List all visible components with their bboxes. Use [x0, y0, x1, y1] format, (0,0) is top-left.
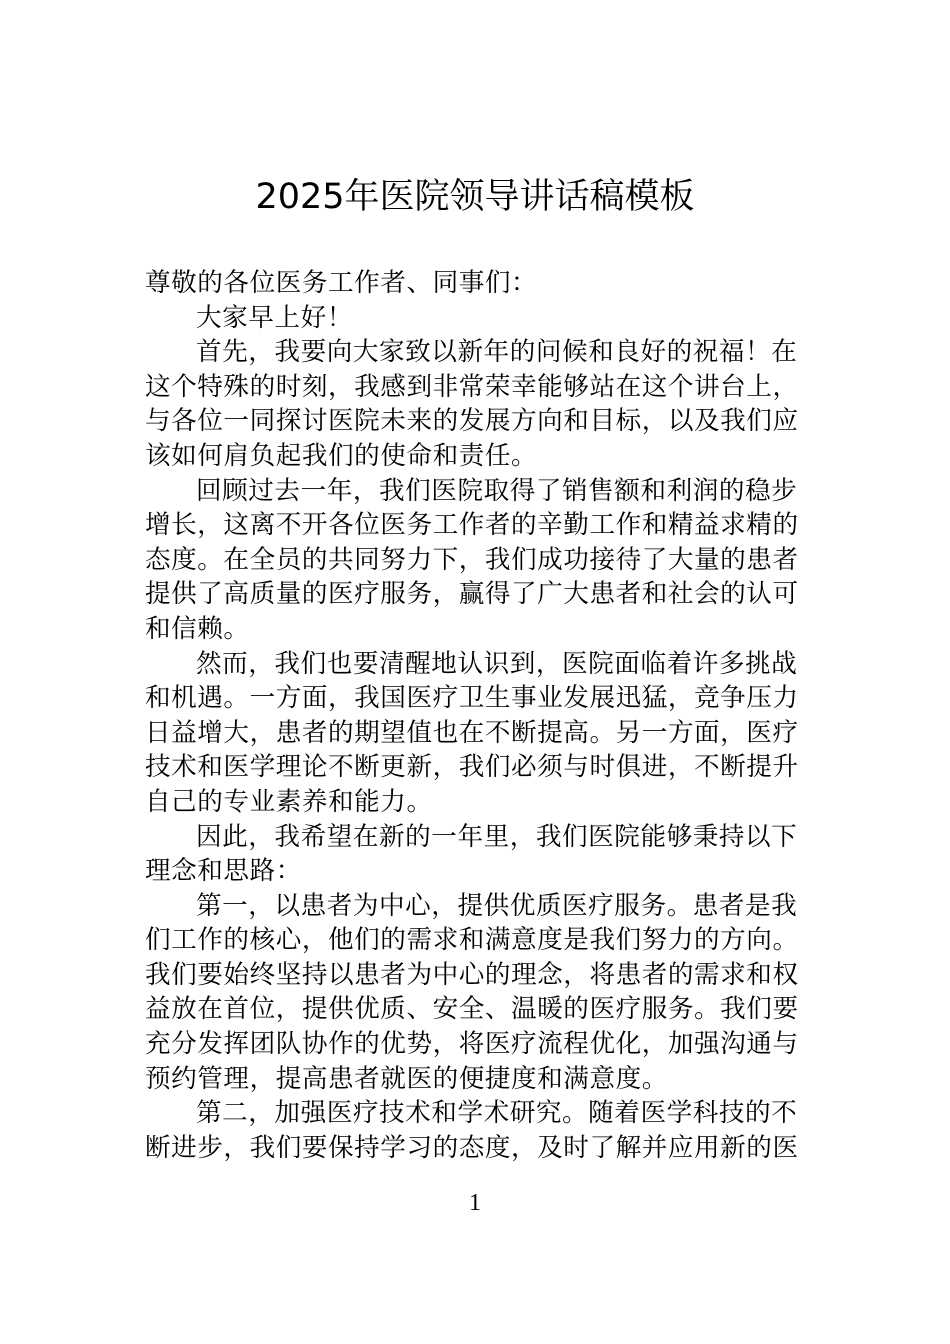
- paragraph-line: 和信赖。: [145, 612, 815, 647]
- paragraph-line: 首先，我要向大家致以新年的问候和良好的祝福！在: [145, 335, 815, 370]
- paragraph-line: 益放在首位，提供优质、安全、温暖的医疗服务。我们要: [145, 992, 815, 1027]
- paragraph-line: 与各位一同探讨医院未来的发展方向和目标，以及我们应: [145, 404, 815, 439]
- document-title: 2025年医院领导讲话稿模板: [0, 172, 950, 222]
- paragraph-line: 然而，我们也要清醒地认识到，医院面临着许多挑战: [145, 647, 815, 682]
- paragraph-line: 态度。在全员的共同努力下，我们成功接待了大量的患者: [145, 543, 815, 578]
- paragraph-line: 第一，以患者为中心，提供优质医疗服务。患者是我: [145, 889, 815, 924]
- paragraph-line: 回顾过去一年，我们医院取得了销售额和利润的稳步: [145, 474, 815, 509]
- paragraph-line: 我们要始终坚持以患者为中心的理念，将患者的需求和权: [145, 958, 815, 993]
- paragraph-line: 自己的专业素养和能力。: [145, 785, 815, 820]
- salutation-line: 尊敬的各位医务工作者、同事们：: [145, 266, 815, 301]
- paragraph-line: 断进步，我们要保持学习的态度，及时了解并应用新的医: [145, 1131, 815, 1166]
- paragraph-line: 理念和思路：: [145, 854, 815, 889]
- paragraph-line: 和机遇。一方面，我国医疗卫生事业发展迅猛，竞争压力: [145, 681, 815, 716]
- paragraph-line: 日益增大，患者的期望值也在不断提高。另一方面，医疗: [145, 716, 815, 751]
- paragraph-line: 提供了高质量的医疗服务，赢得了广大患者和社会的认可: [145, 577, 815, 612]
- document-body: 尊敬的各位医务工作者、同事们： 大家早上好！ 首先，我要向大家致以新年的问候和良…: [145, 266, 815, 1165]
- page-number: 1: [0, 1188, 950, 1218]
- paragraph-line: 第二，加强医疗技术和学术研究。随着医学科技的不: [145, 1096, 815, 1131]
- paragraph-line: 该如何肩负起我们的使命和责任。: [145, 439, 815, 474]
- paragraph-line: 预约管理，提高患者就医的便捷度和满意度。: [145, 1062, 815, 1097]
- paragraph-line: 这个特殊的时刻，我感到非常荣幸能够站在这个讲台上，: [145, 370, 815, 405]
- paragraph-line: 因此，我希望在新的一年里，我们医院能够秉持以下: [145, 820, 815, 855]
- paragraph-line: 技术和医学理论不断更新，我们必须与时俱进，不断提升: [145, 750, 815, 785]
- paragraph-line: 增长，这离不开各位医务工作者的辛勤工作和精益求精的: [145, 508, 815, 543]
- paragraph-line: 充分发挥团队协作的优势，将医疗流程优化，加强沟通与: [145, 1027, 815, 1062]
- paragraph-line: 们工作的核心，他们的需求和满意度是我们努力的方向。: [145, 923, 815, 958]
- document-page: 2025年医院领导讲话稿模板 尊敬的各位医务工作者、同事们： 大家早上好！ 首先…: [0, 0, 950, 1344]
- greeting-line: 大家早上好！: [145, 301, 815, 336]
